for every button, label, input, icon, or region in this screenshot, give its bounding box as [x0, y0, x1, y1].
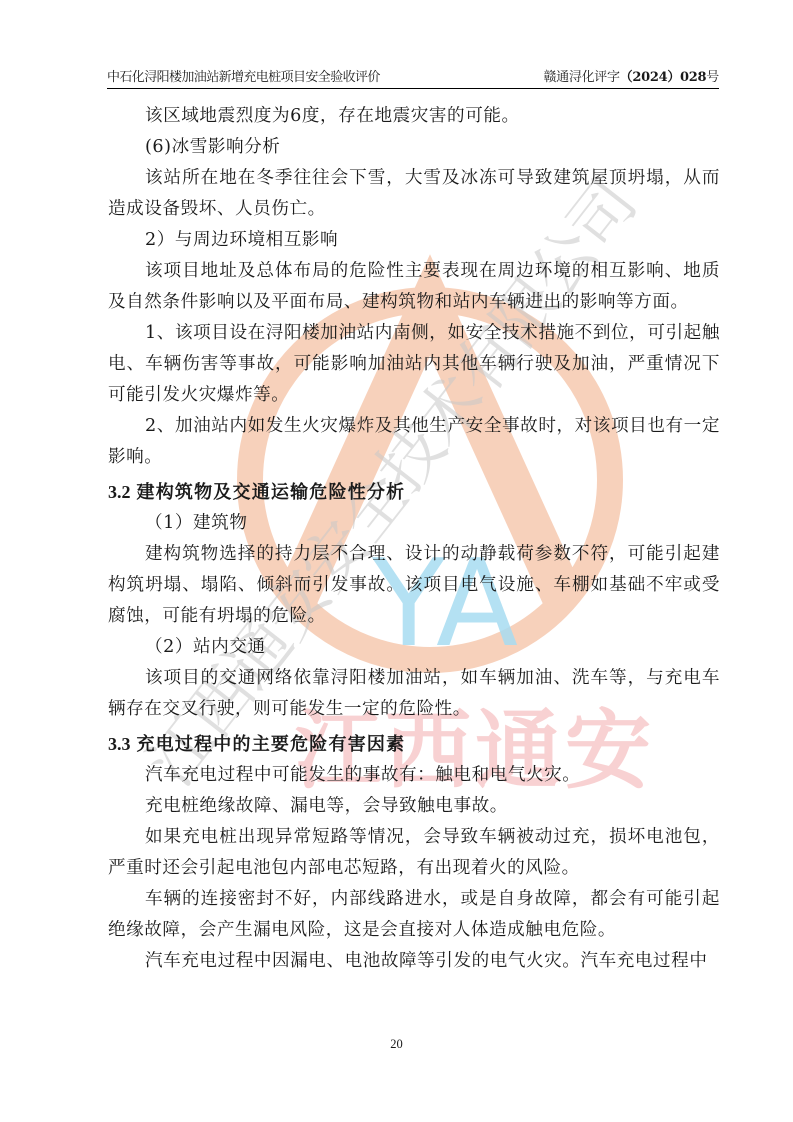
section-number: 3.2: [108, 482, 131, 502]
subheading-traffic: （2）站内交通: [108, 632, 720, 663]
paragraph: 建构筑物选择的持力层不合理、设计的动静载荷参数不符，可能引起建构筑坍塌、塌陷、倾…: [108, 539, 720, 632]
paragraph: 汽车充电过程中可能发生的事故有：触电和电气火灾。: [108, 760, 720, 791]
doc-code-suffix: 号: [706, 70, 719, 85]
section-title: 充电过程中的主要危险有害因素: [137, 734, 406, 755]
section-heading-3-3: 3.3充电过程中的主要危险有害因素: [108, 729, 720, 760]
subheading-buildings: （1）建筑物: [108, 508, 720, 539]
subheading-ice-snow: (6)冰雪影响分析: [108, 132, 720, 163]
paragraph: 如果充电桩出现异常短路等情况，会导致车辆被动过充，损坏电池包，严重时还会引起电池…: [108, 822, 720, 884]
section-number: 3.3: [108, 734, 131, 754]
header-doc-title: 中石化浔阳楼加油站新增充电桩项目安全验收评价: [107, 70, 380, 86]
paragraph: 该项目地址及总体布局的危险性主要表现在周边环境的相互影响、地质及自然条件影响以及…: [108, 256, 720, 318]
header-doc-code: 赣通浔化评字（2024）028号: [543, 70, 719, 86]
page-body: 该区域地震烈度为6度，存在地震灾害的可能。 (6)冰雪影响分析 该站所在地在冬季…: [108, 101, 720, 977]
section-heading-3-2: 3.2建构筑物及交通运输危险性分析: [108, 477, 720, 508]
paragraph: 2、加油站内如发生火灾爆炸及其他生产安全事故时，对该项目也有一定影响。: [108, 411, 720, 473]
doc-code-prefix: 赣通浔化评字: [543, 70, 619, 85]
subheading-surroundings: 2）与周边环境相互影响: [108, 225, 720, 256]
paragraph: 该区域地震烈度为6度，存在地震灾害的可能。: [108, 101, 720, 132]
paragraph: 充电桩绝缘故障、漏电等，会导致触电事故。: [108, 791, 720, 822]
paragraph: 车辆的连接密封不好，内部线路进水，或是自身故障，都会有可能引起绝缘故障，会产生漏…: [108, 884, 720, 946]
section-title: 建构筑物及交通运输危险性分析: [137, 482, 406, 503]
paragraph: 汽车充电过程中因漏电、电池故障等引发的电气火灾。汽车充电过程中: [108, 946, 720, 977]
paragraph: 该站所在地在冬季往往会下雪，大雪及冰冻可导致建筑屋顶坍塌，从而造成设备毁坏、人员…: [108, 163, 720, 225]
paragraph: 1、该项目设在浔阳楼加油站内南侧，如安全技术措施不到位，可引起触电、车辆伤害等事…: [108, 318, 720, 411]
paragraph: 该项目的交通网络依靠浔阳楼加油站，如车辆加油、洗车等，与充电车辆存在交叉行驶，则…: [108, 663, 720, 725]
page-header: 中石化浔阳楼加油站新增充电桩项目安全验收评价 赣通浔化评字（2024）028号: [107, 70, 719, 89]
page-number: 20: [0, 1037, 793, 1052]
doc-code-year: （2024）028: [620, 70, 707, 85]
